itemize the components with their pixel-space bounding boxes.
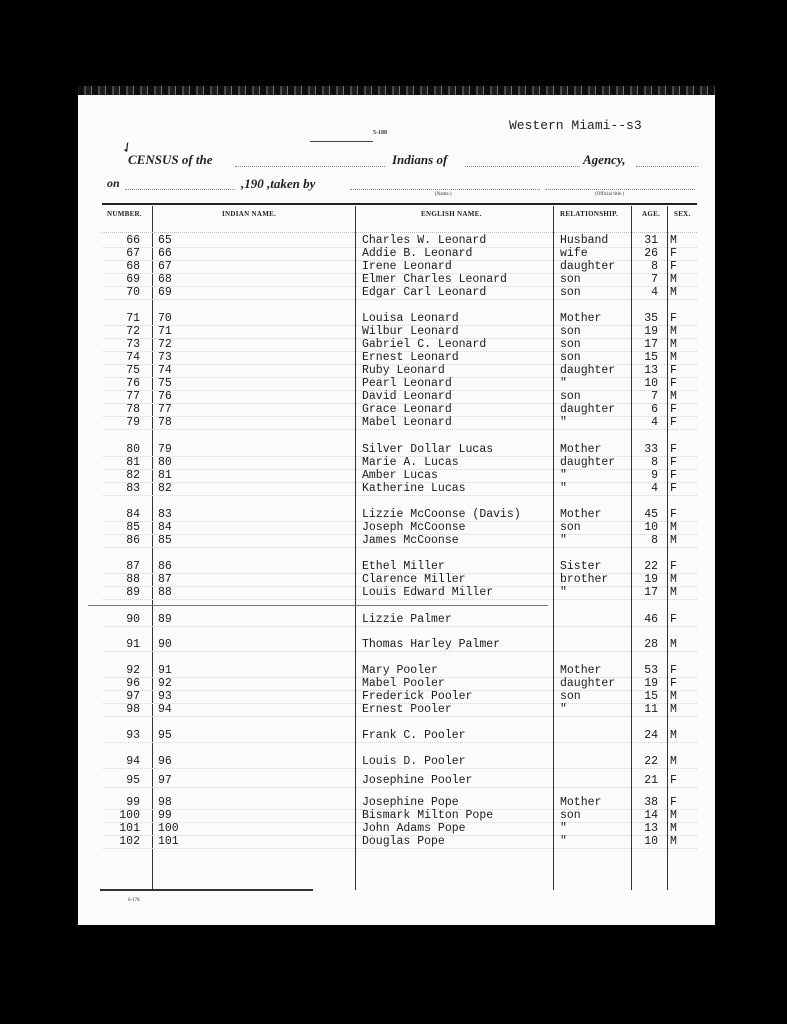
family-separator	[88, 605, 548, 606]
footer-form-number: 6-178	[128, 898, 140, 903]
row-number-previous: 89	[158, 613, 172, 626]
row-english-name: Louisa Leonard	[362, 312, 459, 325]
row-number-current: 86	[100, 534, 140, 547]
row-relationship: son	[560, 390, 581, 403]
row-english-name: Douglas Pope	[362, 835, 445, 848]
row-number-previous: 67	[158, 260, 172, 273]
row-number-previous: 78	[158, 416, 172, 429]
row-number-current: 96	[100, 677, 140, 690]
row-sex: F	[670, 364, 677, 377]
row-relationship: "	[560, 703, 567, 716]
row-rule	[102, 848, 697, 849]
row-english-name: Lizzie Palmer	[362, 613, 452, 626]
row-english-name: Mabel Leonard	[362, 416, 452, 429]
row-sex: M	[670, 234, 677, 247]
row-sex: F	[670, 443, 677, 456]
row-sex: M	[670, 325, 677, 338]
row-english-name: Amber Lucas	[362, 469, 438, 482]
row-number-previous: 77	[158, 403, 172, 416]
row-age: 13	[634, 822, 658, 835]
row-age: 8	[634, 456, 658, 469]
row-relationship: Husband	[560, 234, 608, 247]
row-english-name: Mabel Pooler	[362, 677, 445, 690]
row-english-name: Louis D. Pooler	[362, 755, 466, 768]
row-relationship: "	[560, 534, 567, 547]
row-age: 8	[634, 260, 658, 273]
row-age: 19	[634, 573, 658, 586]
row-number-previous: 76	[158, 390, 172, 403]
census-of-the-label: CENSUS of the	[128, 152, 213, 168]
row-sex: M	[670, 351, 677, 364]
row-english-name: Joseph McCoonse	[362, 521, 466, 534]
row-number-current: 100	[100, 809, 140, 822]
row-relationship: son	[560, 338, 581, 351]
indians-of-label: Indians of	[392, 152, 447, 168]
row-number-current: 94	[100, 755, 140, 768]
row-number-previous: 94	[158, 703, 172, 716]
col-header-indian-name: INDIAN NAME.	[222, 210, 276, 218]
name-caption: (Name.)	[435, 192, 452, 197]
row-number-current: 91	[100, 638, 140, 651]
row-number-previous: 93	[158, 690, 172, 703]
row-number-current: 88	[100, 573, 140, 586]
row-age: 17	[634, 586, 658, 599]
row-number-previous: 88	[158, 586, 172, 599]
row-english-name: Lizzie McCoonse (Davis)	[362, 508, 521, 521]
row-sex: F	[670, 482, 677, 495]
row-number-previous: 100	[158, 822, 179, 835]
row-number-current: 98	[100, 703, 140, 716]
date-blank	[125, 189, 235, 190]
row-sex: M	[670, 521, 677, 534]
row-number-current: 82	[100, 469, 140, 482]
row-number-current: 73	[100, 338, 140, 351]
row-number-previous: 99	[158, 809, 172, 822]
row-sex: F	[670, 247, 677, 260]
row-number-current: 72	[100, 325, 140, 338]
row-number-previous: 98	[158, 796, 172, 809]
row-rule	[102, 599, 697, 600]
row-number-current: 75	[100, 364, 140, 377]
row-sex: M	[670, 755, 677, 768]
on-label: on	[107, 176, 120, 191]
row-number-current: 80	[100, 443, 140, 456]
official-title-blank	[545, 189, 695, 190]
row-age: 46	[634, 613, 658, 626]
row-age: 13	[634, 364, 658, 377]
row-number-current: 97	[100, 690, 140, 703]
row-english-name: Louis Edward Miller	[362, 586, 493, 599]
col-header-relationship: RELATIONSHIP.	[560, 210, 618, 218]
row-number-previous: 91	[158, 664, 172, 677]
row-relationship: "	[560, 482, 567, 495]
row-number-previous: 70	[158, 312, 172, 325]
row-number-current: 84	[100, 508, 140, 521]
row-rule	[102, 716, 697, 717]
row-sex: F	[670, 796, 677, 809]
row-number-current: 92	[100, 664, 140, 677]
row-age: 28	[634, 638, 658, 651]
row-number-previous: 96	[158, 755, 172, 768]
row-age: 24	[634, 729, 658, 742]
row-number-previous: 73	[158, 351, 172, 364]
row-english-name: Frank C. Pooler	[362, 729, 466, 742]
row-age: 31	[634, 234, 658, 247]
row-age: 4	[634, 482, 658, 495]
row-number-current: 66	[100, 234, 140, 247]
row-number-current: 81	[100, 456, 140, 469]
row-english-name: Bismark Milton Pope	[362, 809, 493, 822]
form-number-rule	[310, 141, 373, 142]
year-taken-by-label: ,190 ,taken by	[241, 176, 315, 192]
row-age: 22	[634, 755, 658, 768]
row-relationship: "	[560, 822, 567, 835]
row-age: 19	[634, 677, 658, 690]
row-sex: M	[670, 390, 677, 403]
row-age: 14	[634, 809, 658, 822]
row-english-name: Gabriel C. Leonard	[362, 338, 486, 351]
row-number-previous: 71	[158, 325, 172, 338]
row-relationship: Mother	[560, 312, 601, 325]
row-age: 4	[634, 286, 658, 299]
row-sex: F	[670, 664, 677, 677]
row-number-current: 90	[100, 613, 140, 626]
row-number-current: 69	[100, 273, 140, 286]
row-number-current: 85	[100, 521, 140, 534]
row-sex: M	[670, 729, 677, 742]
row-english-name: Silver Dollar Lucas	[362, 443, 493, 456]
row-rule	[102, 547, 697, 548]
row-sex: F	[670, 613, 677, 626]
col-header-sex: SEX.	[674, 210, 691, 218]
row-relationship: "	[560, 416, 567, 429]
row-number-current: 74	[100, 351, 140, 364]
row-age: 26	[634, 247, 658, 260]
row-relationship: Sister	[560, 560, 601, 573]
row-rule	[102, 626, 697, 627]
row-rule	[102, 768, 697, 769]
row-age: 35	[634, 312, 658, 325]
header-rule	[102, 203, 697, 205]
row-sex: M	[670, 835, 677, 848]
row-number-previous: 90	[158, 638, 172, 651]
row-number-previous: 101	[158, 835, 179, 848]
row-number-current: 68	[100, 260, 140, 273]
row-age: 19	[634, 325, 658, 338]
row-number-current: 70	[100, 286, 140, 299]
row-english-name: Ernest Leonard	[362, 351, 459, 364]
row-age: 38	[634, 796, 658, 809]
row-sex: M	[670, 703, 677, 716]
row-sex: M	[670, 809, 677, 822]
row-number-previous: 80	[158, 456, 172, 469]
row-relationship: brother	[560, 573, 608, 586]
row-sex: M	[670, 586, 677, 599]
row-english-name: Frederick Pooler	[362, 690, 472, 703]
row-age: 9	[634, 469, 658, 482]
row-relationship: son	[560, 351, 581, 364]
row-english-name: Marie A. Lucas	[362, 456, 459, 469]
col-header-number: NUMBER.	[107, 210, 142, 218]
row-english-name: Grace Leonard	[362, 403, 452, 416]
row-number-previous: 65	[158, 234, 172, 247]
row-english-name: Irene Leonard	[362, 260, 452, 273]
row-number-previous: 97	[158, 774, 172, 787]
row-english-name: David Leonard	[362, 390, 452, 403]
row-sex: M	[670, 273, 677, 286]
row-age: 53	[634, 664, 658, 677]
tribe-blank	[235, 166, 385, 167]
row-english-name: Elmer Charles Leonard	[362, 273, 507, 286]
row-english-name: Addie B. Leonard	[362, 247, 472, 260]
row-age: 15	[634, 690, 658, 703]
row-relationship: "	[560, 469, 567, 482]
row-sex: M	[670, 338, 677, 351]
row-english-name: Ernest Pooler	[362, 703, 452, 716]
row-number-previous: 69	[158, 286, 172, 299]
row-sex: M	[670, 822, 677, 835]
row-age: 22	[634, 560, 658, 573]
row-age: 33	[634, 443, 658, 456]
row-number-previous: 95	[158, 729, 172, 742]
row-sex: M	[670, 286, 677, 299]
row-relationship: son	[560, 273, 581, 286]
row-number-previous: 83	[158, 508, 172, 521]
row-number-previous: 75	[158, 377, 172, 390]
row-number-previous: 82	[158, 482, 172, 495]
row-number-previous: 86	[158, 560, 172, 573]
row-relationship: daughter	[560, 456, 615, 469]
row-number-previous: 68	[158, 273, 172, 286]
row-rule	[102, 299, 697, 300]
row-relationship: son	[560, 286, 581, 299]
row-english-name: Edgar Carl Leonard	[362, 286, 486, 299]
row-age: 7	[634, 390, 658, 403]
row-number-previous: 87	[158, 573, 172, 586]
row-relationship: daughter	[560, 677, 615, 690]
row-number-previous: 92	[158, 677, 172, 690]
row-english-name: Pearl Leonard	[362, 377, 452, 390]
row-sex: M	[670, 638, 677, 651]
row-age: 10	[634, 377, 658, 390]
row-sex: M	[670, 690, 677, 703]
row-relationship: Mother	[560, 664, 601, 677]
row-age: 8	[634, 534, 658, 547]
row-relationship: Mother	[560, 443, 601, 456]
row-number-current: 101	[100, 822, 140, 835]
row-number-current: 83	[100, 482, 140, 495]
row-relationship: son	[560, 325, 581, 338]
row-relationship: daughter	[560, 260, 615, 273]
row-sex: F	[670, 456, 677, 469]
row-sex: F	[670, 560, 677, 573]
row-number-previous: 84	[158, 521, 172, 534]
row-number-current: 79	[100, 416, 140, 429]
row-relationship: "	[560, 586, 567, 599]
page-stamp: Western Miami--s3	[509, 118, 642, 133]
col-header-age: AGE.	[642, 210, 660, 218]
row-relationship: daughter	[560, 403, 615, 416]
row-relationship: Mother	[560, 796, 601, 809]
row-number-current: 78	[100, 403, 140, 416]
row-age: 45	[634, 508, 658, 521]
row-rule	[102, 429, 697, 430]
row-relationship: Mother	[560, 508, 601, 521]
row-age: 10	[634, 835, 658, 848]
row-english-name: Katherine Lucas	[362, 482, 466, 495]
row-relationship: "	[560, 835, 567, 848]
row-sex: F	[670, 774, 677, 787]
row-number-current: 102	[100, 835, 140, 848]
row-sex: F	[670, 508, 677, 521]
row-relationship: "	[560, 377, 567, 390]
row-number-current: 76	[100, 377, 140, 390]
row-english-name: Mary Pooler	[362, 664, 438, 677]
col-header-english-name: ENGLISH NAME.	[421, 210, 482, 218]
row-english-name: John Adams Pope	[362, 822, 466, 835]
row-sex: M	[670, 573, 677, 586]
row-number-previous: 81	[158, 469, 172, 482]
row-number-current: 71	[100, 312, 140, 325]
row-rule	[102, 651, 697, 652]
row-english-name: Clarence Miller	[362, 573, 466, 586]
row-age: 7	[634, 273, 658, 286]
row-sex: F	[670, 312, 677, 325]
row-sex: F	[670, 260, 677, 273]
row-age: 4	[634, 416, 658, 429]
row-sex: M	[670, 534, 677, 547]
row-number-current: 89	[100, 586, 140, 599]
row-english-name: Thomas Harley Palmer	[362, 638, 500, 651]
row-relationship: daughter	[560, 364, 615, 377]
row-sex: F	[670, 377, 677, 390]
row-number-current: 99	[100, 796, 140, 809]
form-number: 5-188	[373, 130, 387, 136]
row-age: 17	[634, 338, 658, 351]
footer-rule	[100, 889, 313, 891]
row-number-current: 67	[100, 247, 140, 260]
row-english-name: Josephine Pooler	[362, 774, 472, 787]
row-relationship: son	[560, 521, 581, 534]
row-age: 6	[634, 403, 658, 416]
row-english-name: Wilbur Leonard	[362, 325, 459, 338]
row-number-current: 95	[100, 774, 140, 787]
row-rule	[102, 495, 697, 496]
row-english-name: Ethel Miller	[362, 560, 445, 573]
title-caption: (Official title.)	[595, 192, 624, 197]
row-relationship: son	[560, 809, 581, 822]
enumerator-name-blank	[350, 189, 540, 190]
row-number-previous: 79	[158, 443, 172, 456]
row-number-current: 87	[100, 560, 140, 573]
row-english-name: Charles W. Leonard	[362, 234, 486, 247]
header-bottom-rule	[102, 232, 697, 233]
row-age: 11	[634, 703, 658, 716]
row-sex: F	[670, 416, 677, 429]
row-english-name: Ruby Leonard	[362, 364, 445, 377]
row-number-previous: 66	[158, 247, 172, 260]
row-relationship: wife	[560, 247, 588, 260]
row-sex: F	[670, 403, 677, 416]
row-rule	[102, 742, 697, 743]
row-number-previous: 85	[158, 534, 172, 547]
row-english-name: James McCoonse	[362, 534, 459, 547]
row-age: 15	[634, 351, 658, 364]
agency-trail-blank	[636, 166, 698, 167]
row-number-previous: 74	[158, 364, 172, 377]
row-number-previous: 72	[158, 338, 172, 351]
row-number-current: 77	[100, 390, 140, 403]
agency-label: Agency,	[583, 152, 625, 168]
row-age: 21	[634, 774, 658, 787]
row-relationship: son	[560, 690, 581, 703]
row-rule	[102, 787, 697, 788]
row-number-current: 93	[100, 729, 140, 742]
row-english-name: Josephine Pope	[362, 796, 459, 809]
row-sex: F	[670, 469, 677, 482]
agency-blank	[465, 166, 580, 167]
row-sex: F	[670, 677, 677, 690]
row-age: 10	[634, 521, 658, 534]
